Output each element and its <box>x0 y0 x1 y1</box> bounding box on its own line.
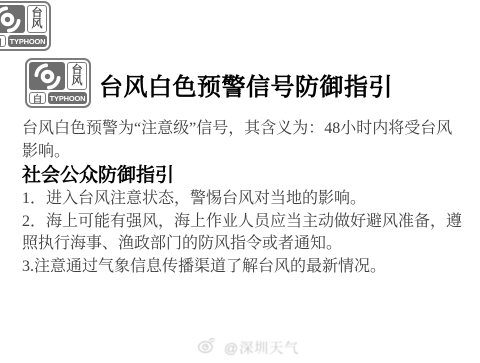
watermark: @深圳天气 <box>197 336 299 359</box>
sign-english-label: TYPHOON <box>48 92 87 104</box>
sign-english-label: TYPHOON <box>8 35 47 47</box>
guideline-item-3: 3.注意通过气象信息传播渠道了解台风的最新情况。 <box>22 256 462 279</box>
sign-char-feng: 风 <box>32 19 43 31</box>
public-guidelines-heading: 社会公众防御指引 <box>22 164 462 187</box>
sign-char-feng: 风 <box>72 76 83 88</box>
typhoon-warning-sign-corner: 台 风 白 TYPHOON <box>0 1 51 51</box>
sign-name-vertical: 台 风 <box>67 62 87 90</box>
warning-definition-text: 台风白色预警为“注意级”信号，其含义为：48小时内将受台风影响。 <box>22 118 462 163</box>
content-area: 台风白色预警为“注意级”信号，其含义为：48小时内将受台风影响。 社会公众防御指… <box>22 118 462 278</box>
page-title: 台风白色预警信号防御指引 <box>99 67 393 102</box>
typhoon-swirl-icon <box>29 62 65 90</box>
guideline-item-2: 2．海上可能有强风，海上作业人员应当主动做好避风准备，遵照执行海事、渔政部门的防… <box>22 211 462 256</box>
watermark-handle: @深圳天气 <box>224 338 299 358</box>
sign-name-vertical: 台 风 <box>27 5 47 33</box>
guideline-item-1: 1．进入台风注意状态，警惕台风对当地的影响。 <box>22 188 462 211</box>
typhoon-swirl-icon <box>0 5 25 33</box>
weibo-icon <box>197 336 217 359</box>
sign-level-white: 白 <box>0 35 6 47</box>
typhoon-warning-sign-header: 台 风 白 TYPHOON <box>25 58 91 108</box>
sign-level-white: 白 <box>29 92 46 104</box>
